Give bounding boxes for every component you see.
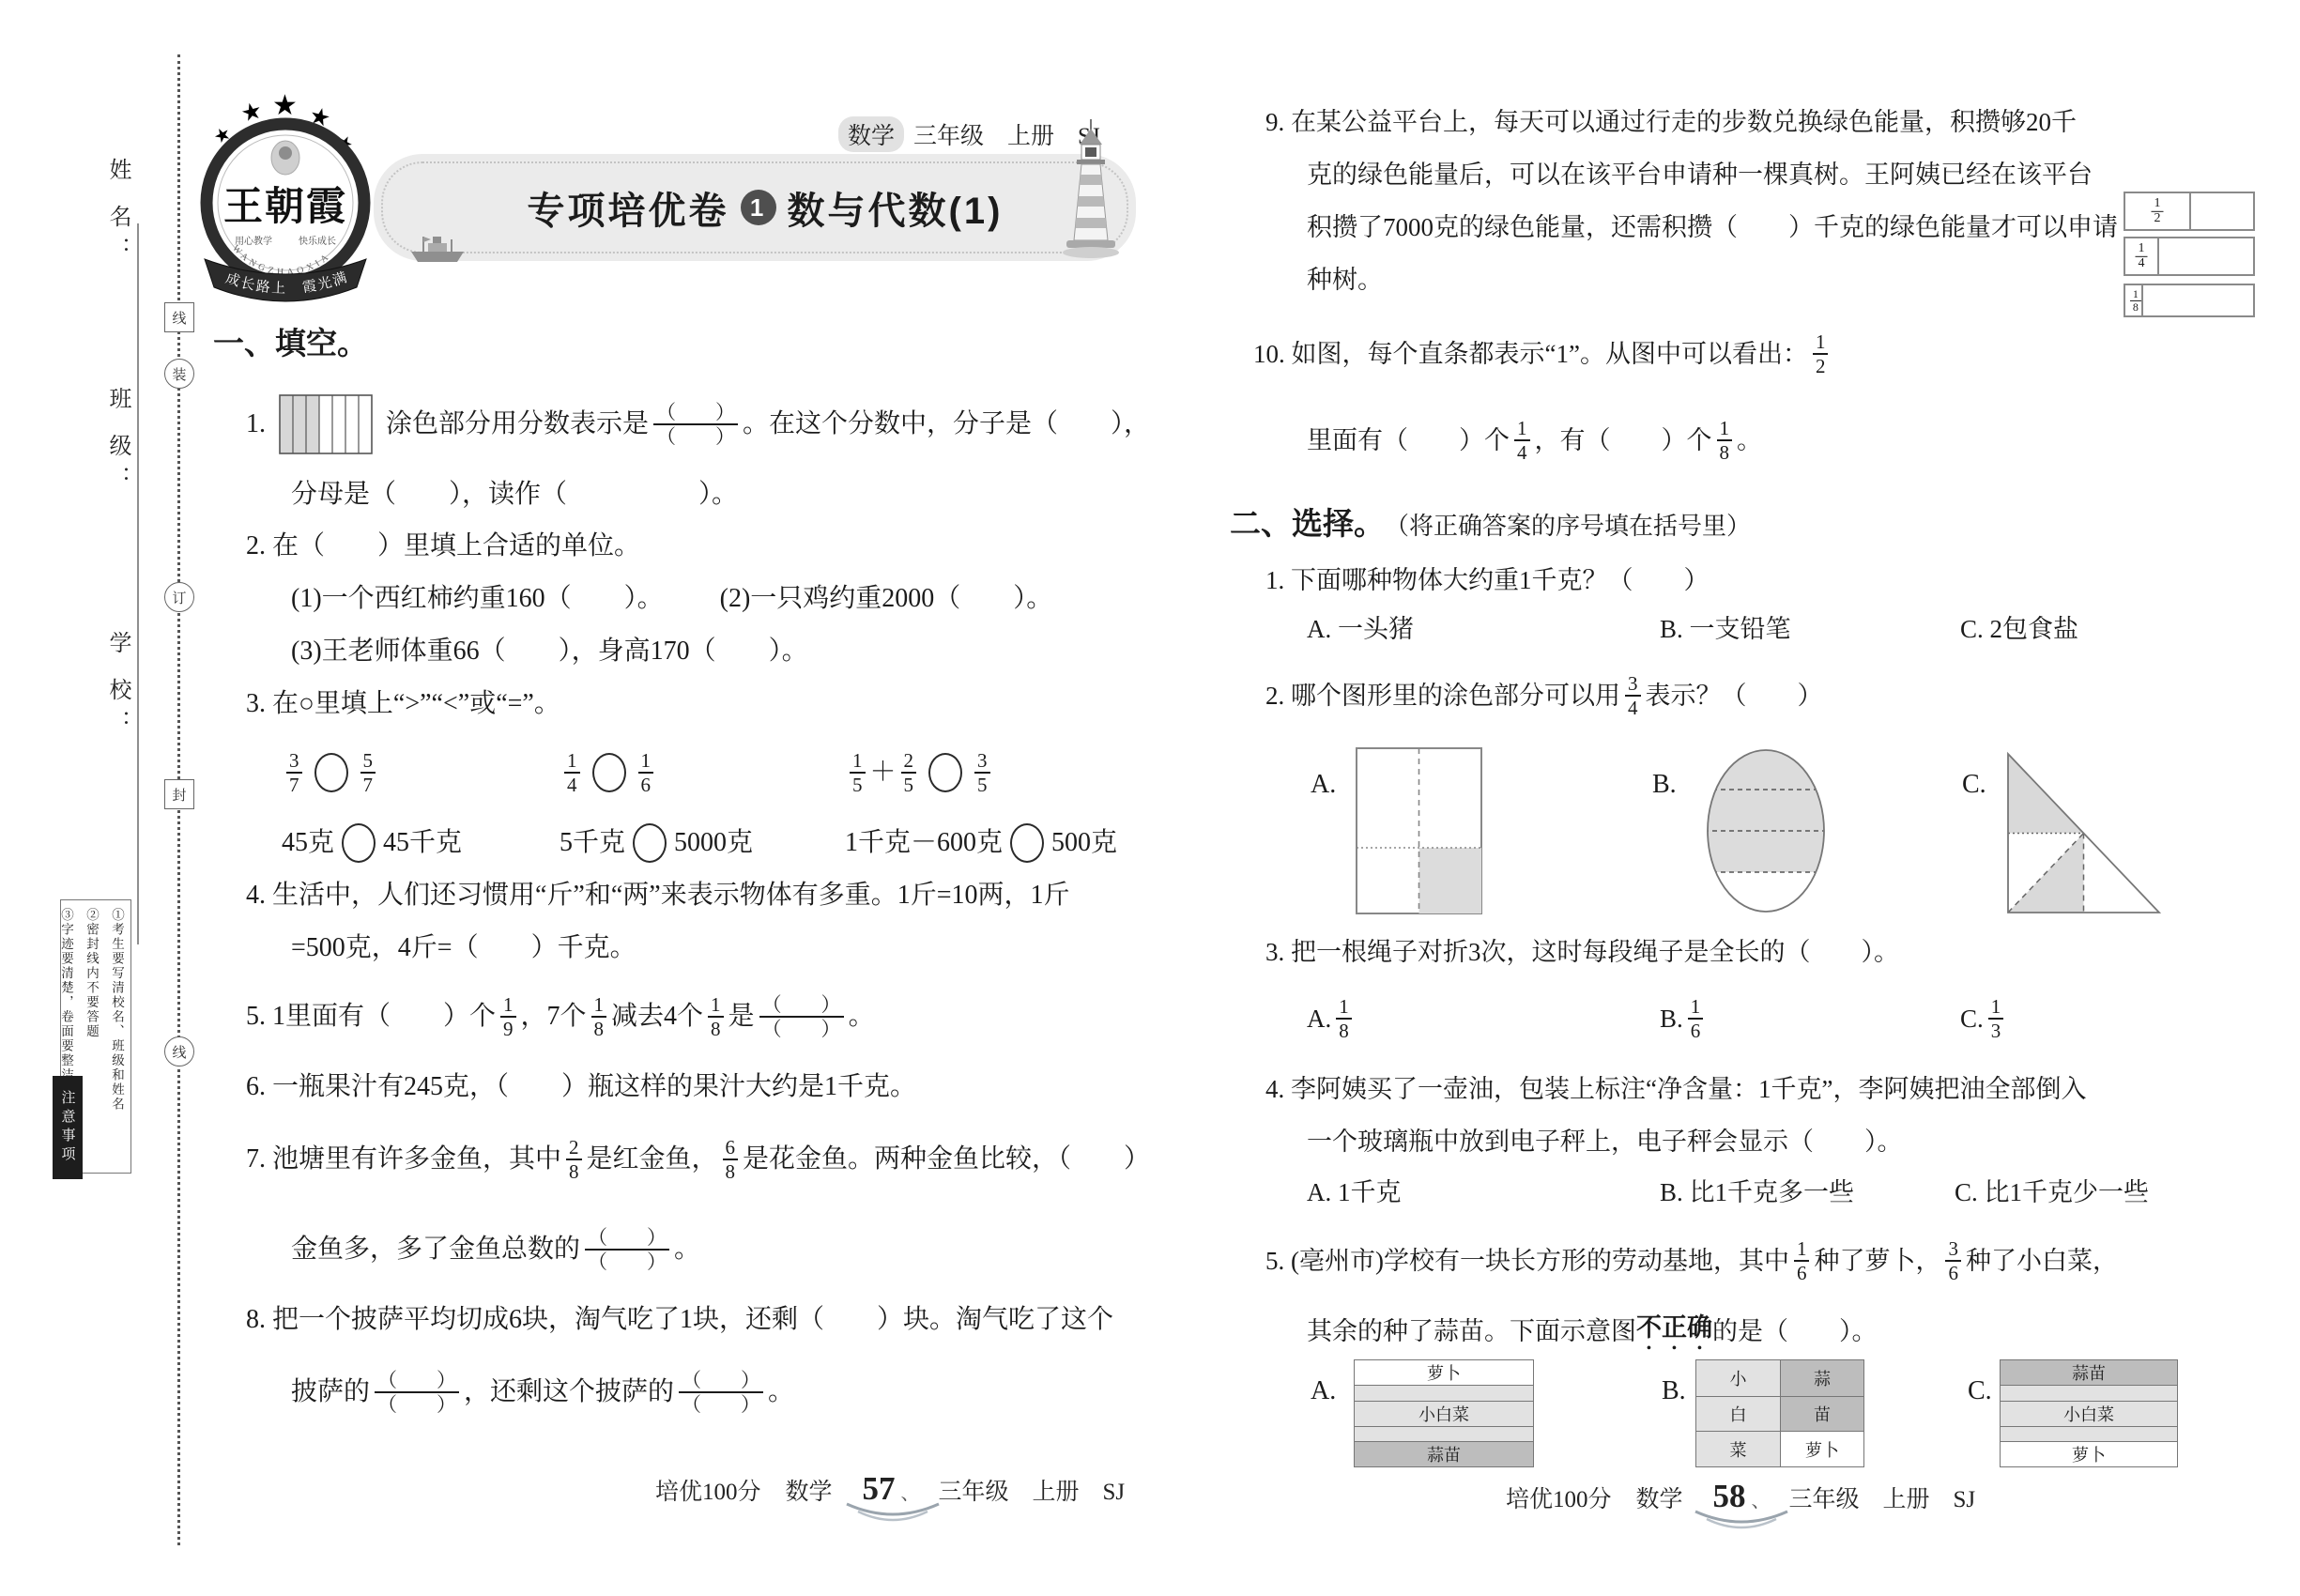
choice-option: B. 一支铅笔 — [1660, 608, 1791, 650]
choice-option: B. 比1千克多一些 — [1660, 1172, 1854, 1213]
comparison-circle — [1010, 823, 1044, 863]
question-line: 分母是（ ），读作（ ）。 — [291, 474, 738, 515]
question-line: 9. 在某公益平台上，每天可以通过行走的步数兑换绿色能量，积攒够20千 — [1265, 101, 2077, 143]
unit-bar-eighth: 18 — [2124, 284, 2255, 317]
title-text: 数与代数(1) — [788, 181, 1004, 235]
question-number: 1. — [246, 404, 266, 445]
footer-brand: 培优100分 — [655, 1473, 761, 1507]
notice-item: ①考生要写清校名、班级和姓名 — [107, 908, 126, 1165]
seal-mark-box: 封 — [164, 779, 194, 809]
figure-label-b: B. — [1652, 770, 1677, 800]
comparison-circle — [592, 753, 626, 792]
question-line: 7. 池塘里有许多金鱼，其中 28 是红金鱼， 68 是花金鱼。两种金鱼比较，（… — [246, 1119, 1150, 1200]
seal-mark-circle: 线 — [164, 1036, 194, 1067]
question-line: 一个玻璃瓶中放到电子秤上，电子秤会显示（ ）。 — [1307, 1121, 1903, 1162]
choice-option: A. 1千克 — [1307, 1172, 1402, 1213]
name-field-label: 姓 名： — [101, 158, 134, 269]
diagram-a-plot: 萝卜 小白菜 蒜苗 — [1354, 1359, 1534, 1467]
diagram-label-b: B. — [1662, 1376, 1686, 1406]
question-line: 3. 在○里填上“>”“<”或“=”。 — [246, 683, 560, 725]
choice-option: A. 一头猪 — [1307, 608, 1414, 650]
footer-info: 三年级 上册 SJ — [1789, 1481, 1976, 1514]
diagram-label-c: C. — [1968, 1376, 1992, 1406]
blank-fraction: （ ）（ ） — [653, 401, 738, 448]
diagram-b-plot: 小 蒜 白 苗 菜 萝卜 — [1695, 1359, 1864, 1467]
unit-number-badge: 1 — [741, 190, 776, 225]
question-line: 6. 一瓶果汁有245克，（ ）瓶这样的果汁大约是1千克。 — [246, 1067, 916, 1108]
comparison-group: 15 ＋ 25 35 — [845, 732, 995, 813]
question-line: (1)一个西红柿约重160（ ）。 (2)一只鸡约重2000（ ）。 — [291, 578, 1052, 620]
section-heading-fill-blanks: 一、填空。 — [213, 319, 368, 363]
unit-bar-quarter: 14 — [2124, 237, 2255, 276]
question-line: 4. 生活中，人们还习惯用“斤”和“两”来表示物体有多重。1斤=10两，1斤 — [246, 875, 1070, 916]
choice-option: C. 2包食盐 — [1960, 608, 2078, 650]
question-line: 5. 1里面有（ ）个 19 ，7个 18 减去4个 18 是 （ ）（ ） 。 — [246, 976, 875, 1057]
title-prefix: 专项培优卷 — [528, 181, 729, 235]
question-line: 10. 如图，每个直条都表示“1”。从图中可以看出： 12 — [1253, 315, 1832, 392]
seal-mark-circle: 装 — [164, 359, 194, 389]
class-field-label: 班 级： — [101, 387, 134, 498]
lighthouse-icon — [1057, 116, 1125, 259]
notice-tab: 注意事项 — [53, 1076, 83, 1179]
question-line: 2. 哪个图形里的涂色部分可以用 34 表示？（ ） — [1265, 657, 1823, 734]
wave-icon — [1690, 1504, 1793, 1538]
footer-info: 三年级 上册 SJ — [939, 1473, 1126, 1507]
figure-label-a: A. — [1311, 770, 1336, 800]
question-text: 涂色部分用分数表示是 — [386, 404, 649, 445]
blank-fraction: （ ）（ ） — [585, 1226, 669, 1273]
question-line: 里面有（ ）个 14 ，有（ ）个 18 。 — [1307, 402, 1762, 479]
choice-option: C. 13 — [1960, 980, 2008, 1057]
notice-item: ②密封线内不要答题 — [82, 908, 100, 1165]
brand-name: 王朝霞 — [223, 185, 347, 229]
figure-label-c: C. — [1962, 770, 1986, 800]
seal-mark-circle: 订 — [164, 582, 194, 612]
comparison-group: 14 16 — [560, 732, 658, 813]
school-field-label: 学 校： — [101, 631, 134, 742]
blank-fraction: （ ）（ ） — [759, 993, 844, 1040]
ship-icon — [409, 231, 466, 265]
comparison-circle — [928, 753, 962, 792]
question-line: 1. 涂色部分用分数表示是 （ ）（ ） 。在这个分数中，分子是（ ）， — [246, 387, 1150, 462]
question-line: 1. 下面哪种物体大约重1千克？（ ） — [1265, 560, 1710, 601]
diagram-c-plot: 蒜苗 小白菜 萝卜 — [2000, 1359, 2178, 1467]
footer-brand: 培优100分 — [1506, 1481, 1612, 1514]
diagram-label-a: A. — [1311, 1376, 1336, 1406]
brand-tagline: 用心教学 — [235, 235, 272, 247]
unit-bar-half: 12 — [2124, 192, 2255, 231]
question-line: 5. (亳州市)学校有一块长方形的劳动基地，其中 16 种了萝卜， 36 种了小… — [1265, 1222, 2118, 1299]
fraction-strip-figure — [279, 394, 373, 454]
blank-fraction: （ ）（ ） — [679, 1369, 763, 1416]
question-line: 3. 把一根绳子对折3次，这时每段绳子是全长的（ ）。 — [1265, 931, 1899, 973]
comparison-group: 1千克－600克500克 — [845, 822, 1117, 864]
comparison-circle — [633, 823, 667, 863]
comparison-group: 5千克5000克 — [560, 822, 753, 864]
seal-mark-box: 线 — [164, 302, 194, 332]
question-line: 2. 在（ ）里填上合适的单位。 — [246, 526, 640, 567]
comparison-group: 45克45千克 — [282, 822, 462, 864]
brand-logo: ★ ★ ★ ★ ★ 王朝霞 用心教学 快乐成长 WANGZHAOXIA 成长路上… — [192, 88, 379, 317]
brand-tagline: 快乐成长 — [299, 235, 336, 247]
choice-option: A. 18 — [1307, 980, 1357, 1057]
question-line: 8. 把一个披萨平均切成6块，淘气吃了1块，还剩（ ）块。淘气吃了这个 — [246, 1299, 1113, 1341]
subject-pill: 数学 — [838, 116, 904, 152]
question-line: 4. 李阿姨买了一壶油，包装上标注“净含量：1千克”，李阿姨把油全部倒入 — [1265, 1068, 2086, 1110]
question-text: 。在这个分数中，分子是（ ）， — [743, 404, 1150, 445]
question-line: =500克，4斤=（ ）千克。 — [291, 928, 636, 969]
choice-option: B. 16 — [1660, 980, 1708, 1057]
question-line: 其余的种了蒜苗。下面示意图 不正确 的是（ ）。 — [1307, 1307, 1878, 1356]
comparison-group: 37 57 — [282, 732, 380, 813]
question-line: 积攒了7000克的绿色能量，还需积攒（ ）千克的绿色能量才可以申请 — [1307, 207, 2118, 248]
figure-a-square — [1356, 747, 1482, 914]
margin-solid-line — [137, 223, 139, 944]
question-line: 种树。 — [1307, 259, 1383, 300]
footer-subject: 数学 — [786, 1473, 833, 1507]
comparison-circle — [314, 753, 348, 792]
question-line: 披萨的 （ ）（ ） ，还剩这个披萨的 （ ）（ ） 。 — [291, 1352, 794, 1433]
blank-fraction: （ ）（ ） — [375, 1369, 459, 1416]
figure-b-circle — [1695, 747, 1836, 914]
star-icon: ★ — [272, 90, 298, 121]
choice-option: C. 比1千克少一些 — [1955, 1172, 2149, 1213]
footer-subject: 数学 — [1636, 1481, 1683, 1514]
question-line: 克的绿色能量后，可以在该平台申请种一棵真树。王阿姨已经在该平台 — [1307, 154, 2093, 195]
question-line: 金鱼多，多了金鱼总数的 （ ）（ ） 。 — [291, 1209, 700, 1290]
comparison-circle — [342, 823, 376, 863]
page-title: 专项培优卷 1 数与代数(1) — [394, 154, 1136, 261]
section-heading-choice: 二、选择。 （将正确答案的序号填在括号里） — [1230, 499, 1751, 544]
figure-c-triangle — [2005, 751, 2163, 915]
wave-icon — [841, 1496, 944, 1530]
question-line: (3)王老师体重66（ ），身高170（ ）。 — [291, 631, 808, 672]
